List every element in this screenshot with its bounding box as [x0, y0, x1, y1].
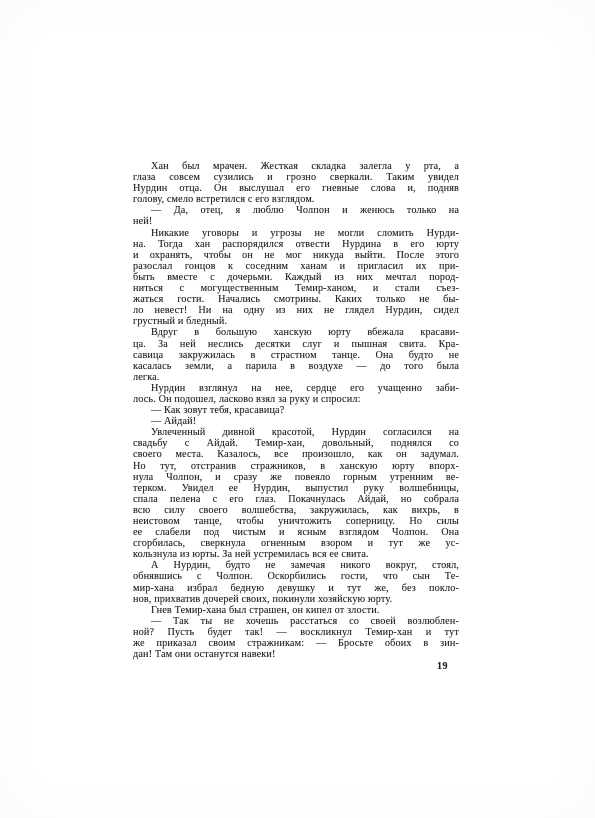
text-line: лось. Он подошел, ласково взял за руку и…: [133, 394, 459, 405]
text-line: — Так ты не хочешь расстаться со своей в…: [133, 616, 459, 627]
text-line: ло невест! Ни на одну из них не глядел Н…: [133, 305, 459, 316]
text-line: кользнула из юрты. За ней устремилась вс…: [133, 549, 459, 560]
text-line: Никакие уговоры и угрозы не могли сломит…: [133, 228, 459, 239]
text-line: ее слабели под чистым и ясным взглядом Ч…: [133, 527, 459, 538]
text-line: и охранять, чтобы он не мог никуда выйти…: [133, 250, 459, 261]
paragraph: А Нурдин, будто не замечая никого вокруг…: [133, 560, 459, 604]
text-line: ной? Пусть будет так! — воскликнул Темир…: [133, 627, 459, 638]
paragraph: Вдруг в большую ханскую юрту вбежала кра…: [133, 327, 459, 382]
text-line: Хан был мрачен. Жесткая складка залегла …: [133, 161, 459, 172]
text-line: всю силу своего волшебства, закружилась,…: [133, 505, 459, 516]
text-line: савица закружилась в страстном танце. Он…: [133, 350, 459, 361]
text-line: легка.: [133, 372, 459, 383]
text-line: ней!: [133, 216, 459, 227]
paragraph: Гнев Темир-хана был страшен, он кипел от…: [133, 605, 459, 616]
text-line: быть вместе с дочерьми. Каждый из них ме…: [133, 272, 459, 283]
text-line: грустный и бледный.: [133, 316, 459, 327]
text-line: свадьбу с Айдай. Темир-хан, довольный, п…: [133, 438, 459, 449]
paragraph: Нурдин взглянул на нее, сердце его учаще…: [133, 383, 459, 405]
paragraph: Увлеченный дивной красотой, Нурдин согла…: [133, 427, 459, 560]
paragraph: — Да, отец, я люблю Чолпон и женюсь толь…: [133, 205, 459, 227]
text-line: разослал гонцов к соседним ханам и пригл…: [133, 261, 459, 272]
text-line: на. Тогда хан распорядился отвести Нурди…: [133, 239, 459, 250]
text-line: глаза совсем сузились и грозно сверкали.…: [133, 172, 459, 183]
text-line: сгорбилась, сверкнула огненным взором и …: [133, 538, 459, 549]
text-line: Гнев Темир-хана был страшен, он кипел от…: [133, 605, 459, 616]
page-number: 19: [133, 661, 448, 672]
text-line: — Как зовут тебя, красавица?: [133, 405, 459, 416]
paragraph: Хан был мрачен. Жесткая складка залегла …: [133, 161, 459, 205]
text-line: ниться с могущественным Темир-ханом, и с…: [133, 283, 459, 294]
text-line: ца. За ней неслись десятки слуг и пышная…: [133, 339, 459, 350]
text-line: Увлеченный дивной красотой, Нурдин согла…: [133, 427, 459, 438]
text-line: терком. Увидел ее Нурдин, выпустил руку …: [133, 483, 459, 494]
text-line: — Да, отец, я люблю Чолпон и женюсь толь…: [133, 205, 459, 216]
text-line: спала пелена с его глаз. Покачнулась Айд…: [133, 494, 459, 505]
text-line: голову, смело встретился с его взглядом.: [133, 194, 459, 205]
text-line: дан! Там они останутся навеки!: [133, 649, 459, 660]
paragraph: — Айдай!: [133, 416, 459, 427]
text-line: мир-хана избрал бедную девушку и тут же,…: [133, 583, 459, 594]
text-line: жаться гости. Начались смотрины. Каких т…: [133, 294, 459, 305]
text-line: Но тут, отстранив стражников, в ханскую …: [133, 461, 459, 472]
paragraph: — Так ты не хочешь расстаться со своей в…: [133, 616, 459, 660]
body-text: Хан был мрачен. Жесткая складка залегла …: [133, 161, 459, 660]
text-line: нов, прихватив дочерей своих, покинули х…: [133, 594, 459, 605]
paragraphs: Хан был мрачен. Жесткая складка залегла …: [133, 161, 459, 660]
text-line: нула Чолпон, и сразу же повеяло горным у…: [133, 472, 459, 483]
book-page: Хан был мрачен. Жесткая складка залегла …: [0, 0, 595, 818]
text-line: Вдруг в большую ханскую юрту вбежала кра…: [133, 327, 459, 338]
text-line: же приказал своим стражникам: — Бросьте …: [133, 638, 459, 649]
paragraph: Никакие уговоры и угрозы не могли сломит…: [133, 228, 459, 328]
text-line: Нурдин отца. Он выслушал его гневные сло…: [133, 183, 459, 194]
text-line: неистовом танце, чтобы уничтожить соперн…: [133, 516, 459, 527]
paragraph: — Как зовут тебя, красавица?: [133, 405, 459, 416]
text-line: — Айдай!: [133, 416, 459, 427]
text-line: обнявшись с Чолпон. Оскорбились гости, ч…: [133, 571, 459, 582]
text-line: Нурдин взглянул на нее, сердце его учаще…: [133, 383, 459, 394]
text-line: касалась земли, а парила в воздухе — до …: [133, 361, 459, 372]
text-line: своего места. Казалось, все произошло, к…: [133, 449, 459, 460]
text-line: А Нурдин, будто не замечая никого вокруг…: [133, 560, 459, 571]
